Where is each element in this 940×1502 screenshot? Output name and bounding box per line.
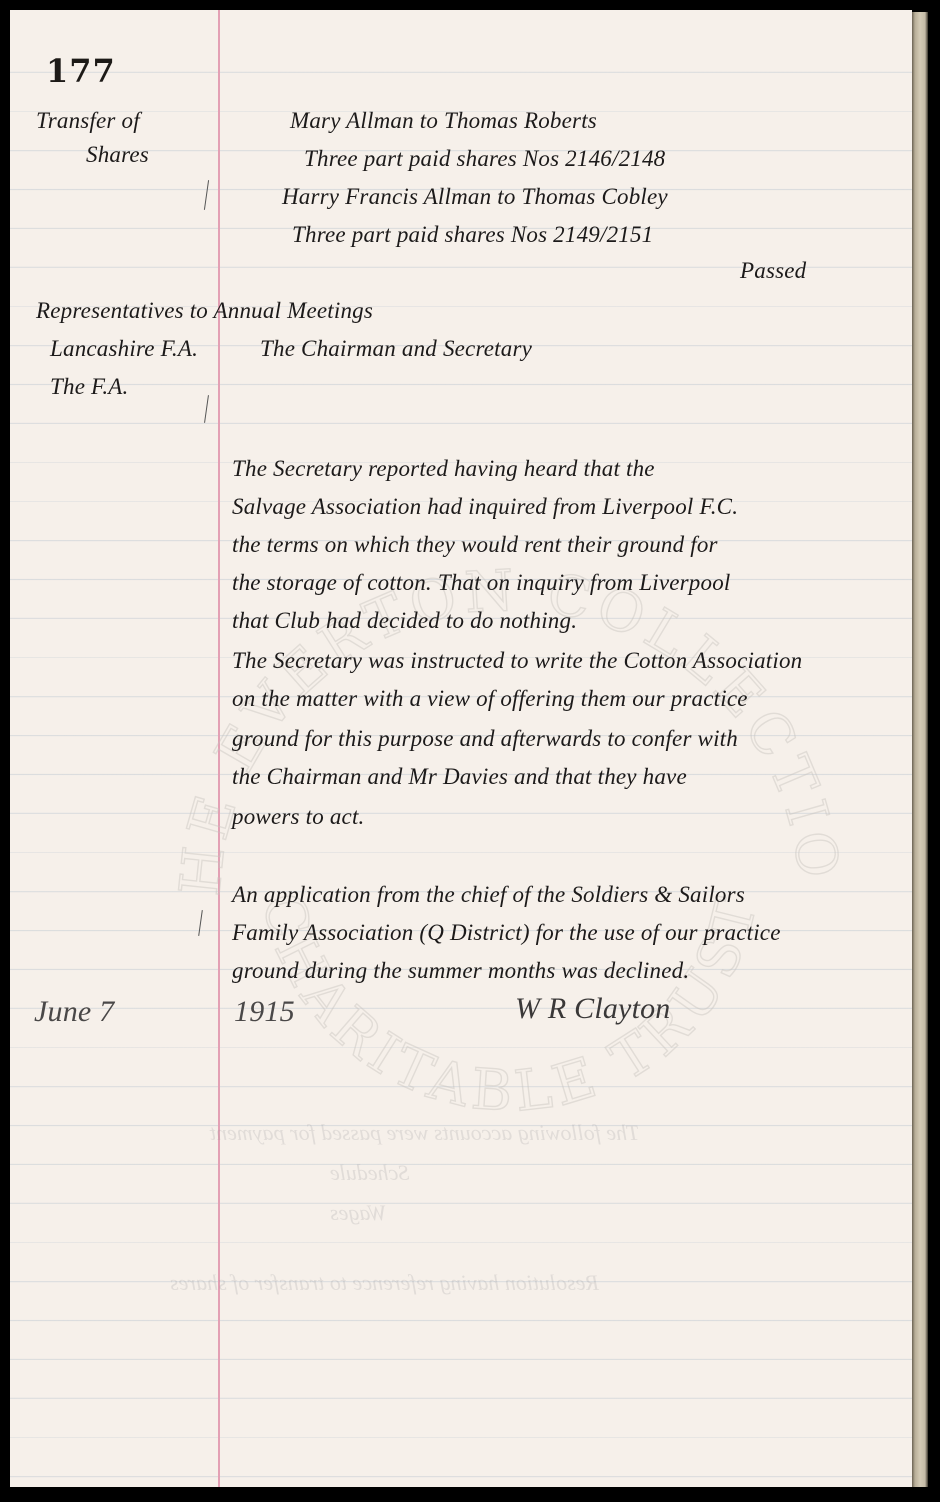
margin-tick: [204, 395, 209, 423]
minute-line: The Secretary reported having heard that…: [232, 456, 655, 482]
transfer-margin-label: Shares: [86, 142, 149, 168]
minute-line: on the matter with a view of offering th…: [232, 686, 748, 712]
minute-line: ground during the summer months was decl…: [232, 958, 689, 984]
minute-line: the terms on which they would rent their…: [232, 532, 718, 558]
representative-name: The Chairman and Secretary: [260, 336, 532, 362]
signoff-year: 1915: [234, 995, 295, 1029]
bleed-through-text: Schedule: [330, 1160, 409, 1186]
transfer-entry: Three part paid shares Nos 2149/2151: [292, 222, 653, 248]
minute-line: the storage of cotton. That on inquiry f…: [232, 570, 731, 596]
binding-edge: [912, 12, 928, 1487]
minute-line: An application from the chief of the Sol…: [232, 882, 745, 908]
minute-line: Salvage Association had inquired from Li…: [232, 494, 738, 520]
minute-line: powers to act.: [232, 804, 365, 830]
minute-line: ground for this purpose and afterwards t…: [232, 726, 738, 752]
representative-body: Lancashire F.A.: [50, 336, 198, 362]
bleed-through-text: Wages: [330, 1200, 387, 1226]
margin-tick: [204, 180, 209, 210]
page-number: 177: [46, 52, 116, 90]
transfer-margin-label: Transfer of: [36, 108, 140, 134]
ledger-page: The following accounts were passed for p…: [10, 10, 912, 1487]
minute-line: The Secretary was instructed to write th…: [232, 648, 802, 674]
bleed-through-text: Resolution having reference to transfer …: [170, 1270, 599, 1296]
transfer-entry: Three part paid shares Nos 2146/2148: [304, 146, 665, 172]
minute-line: the Chairman and Mr Davies and that they…: [232, 764, 687, 790]
chairman-signature: W R Clayton: [515, 992, 671, 1026]
transfer-status: Passed: [740, 258, 806, 284]
bleed-through-text: The following accounts were passed for p…: [210, 1120, 639, 1146]
minute-line: Family Association (Q District) for the …: [232, 920, 781, 946]
margin-tick: [198, 910, 203, 936]
minute-line: that Club had decided to do nothing.: [232, 608, 577, 634]
representative-body: The F.A.: [50, 374, 128, 400]
transfer-entry: Harry Francis Allman to Thomas Cobley: [282, 184, 668, 210]
transfer-entry: Mary Allman to Thomas Roberts: [290, 108, 597, 134]
signoff-date: June 7: [34, 995, 114, 1029]
representatives-heading: Representatives to Annual Meetings: [36, 298, 373, 324]
margin-rule: [218, 10, 220, 1487]
